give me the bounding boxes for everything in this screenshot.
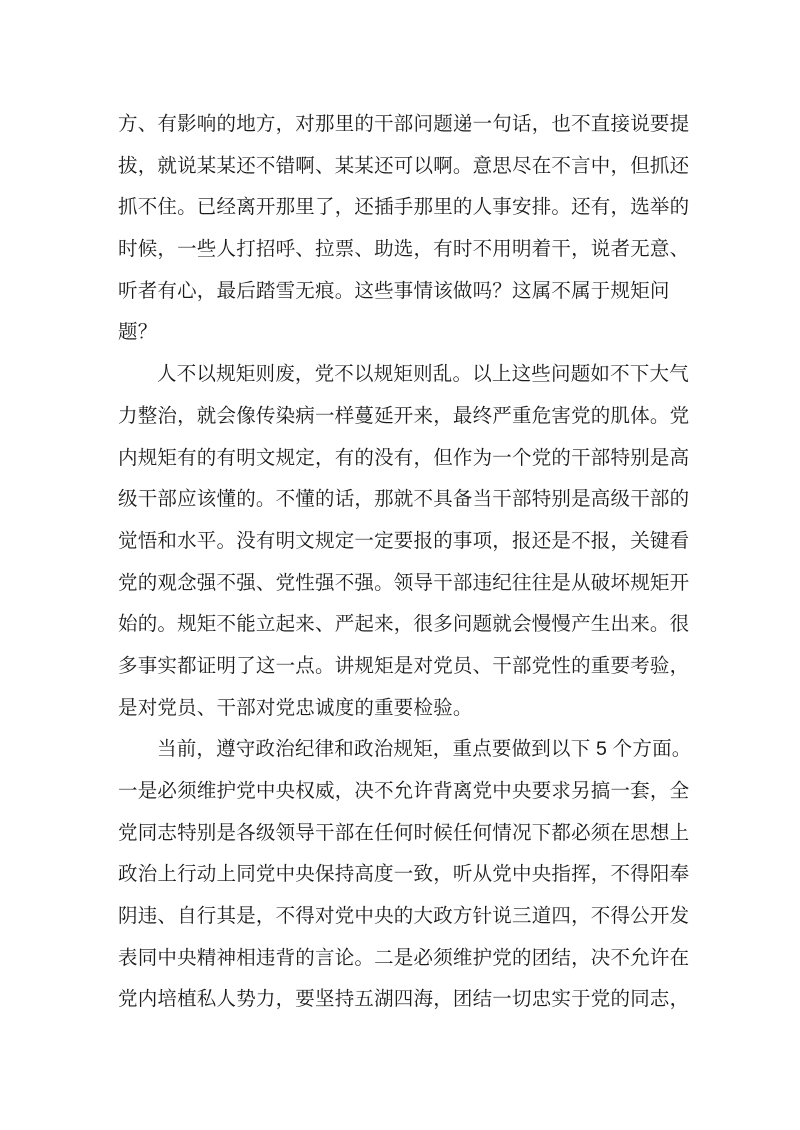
- text-line: 题？: [118, 312, 685, 354]
- text-line: 方、有影响的地方，对那里的干部问题递一句话，也不直接说要提: [118, 104, 685, 146]
- text-line: 党内培植私人势力，要坚持五湖四海，团结一切忠实于党的同志，: [118, 979, 685, 1021]
- text-line: 多事实都证明了这一点。讲规矩是对党员、干部党性的重要考验，: [118, 646, 685, 688]
- text-line: 内规矩有的有明文规定，有的没有，但作为一个党的干部特别是高: [118, 438, 685, 480]
- paragraph-1: 方、有影响的地方，对那里的干部问题递一句话，也不直接说要提拔，就说某某还不错啊、…: [118, 104, 685, 354]
- text-line: 当前，遵守政治纪律和政治规矩，重点要做到以下 5 个方面。: [118, 729, 685, 771]
- text-line: 觉悟和水平。没有明文规定一定要报的事项，报还是不报，关键看: [118, 521, 685, 563]
- text-line: 是对党员、干部对党忠诚度的重要检验。: [118, 688, 685, 730]
- text-line: 一是必须维护党中央权威，决不允许背离党中央要求另搞一套，全: [118, 771, 685, 813]
- text-line: 力整治，就会像传染病一样蔓延开来，最终严重危害党的肌体。党: [118, 396, 685, 438]
- text-line: 听者有心，最后踏雪无痕。这些事情该做吗？这属不属于规矩问: [118, 271, 685, 313]
- text-line: 始的。规矩不能立起来、严起来，很多问题就会慢慢产生出来。很: [118, 604, 685, 646]
- document-body: 方、有影响的地方，对那里的干部问题递一句话，也不直接说要提拔，就说某某还不错啊、…: [118, 104, 685, 1021]
- text-line: 时候，一些人打招呼、拉票、助选，有时不用明着干，说者无意、: [118, 229, 685, 271]
- paragraph-2: 人不以规矩则废，党不以规矩则乱。以上这些问题如不下大气力整治，就会像传染病一样蔓…: [118, 354, 685, 729]
- text-line: 党的观念强不强、党性强不强。领导干部违纪往往是从破坏规矩开: [118, 563, 685, 605]
- text-line: 政治上行动上同党中央保持高度一致，听从党中央指挥，不得阳奉: [118, 854, 685, 896]
- text-line: 表同中央精神相违背的言论。二是必须维护党的团结，决不允许在: [118, 938, 685, 980]
- text-line: 党同志特别是各级领导干部在任何时候任何情况下都必须在思想上: [118, 813, 685, 855]
- paragraph-3: 当前，遵守政治纪律和政治规矩，重点要做到以下 5 个方面。一是必须维护党中央权威…: [118, 729, 685, 1021]
- text-line: 级干部应该懂的。不懂的话，那就不具备当干部特别是高级干部的: [118, 479, 685, 521]
- text-line: 人不以规矩则废，党不以规矩则乱。以上这些问题如不下大气: [118, 354, 685, 396]
- text-line: 抓不住。已经离开那里了，还插手那里的人事安排。还有，选举的: [118, 187, 685, 229]
- text-line: 阴违、自行其是，不得对党中央的大政方针说三道四，不得公开发: [118, 896, 685, 938]
- document-page: 方、有影响的地方，对那里的干部问题递一句话，也不直接说要提拔，就说某某还不错啊、…: [0, 0, 800, 1130]
- text-line: 拔，就说某某还不错啊、某某还可以啊。意思尽在不言中，但抓还: [118, 146, 685, 188]
